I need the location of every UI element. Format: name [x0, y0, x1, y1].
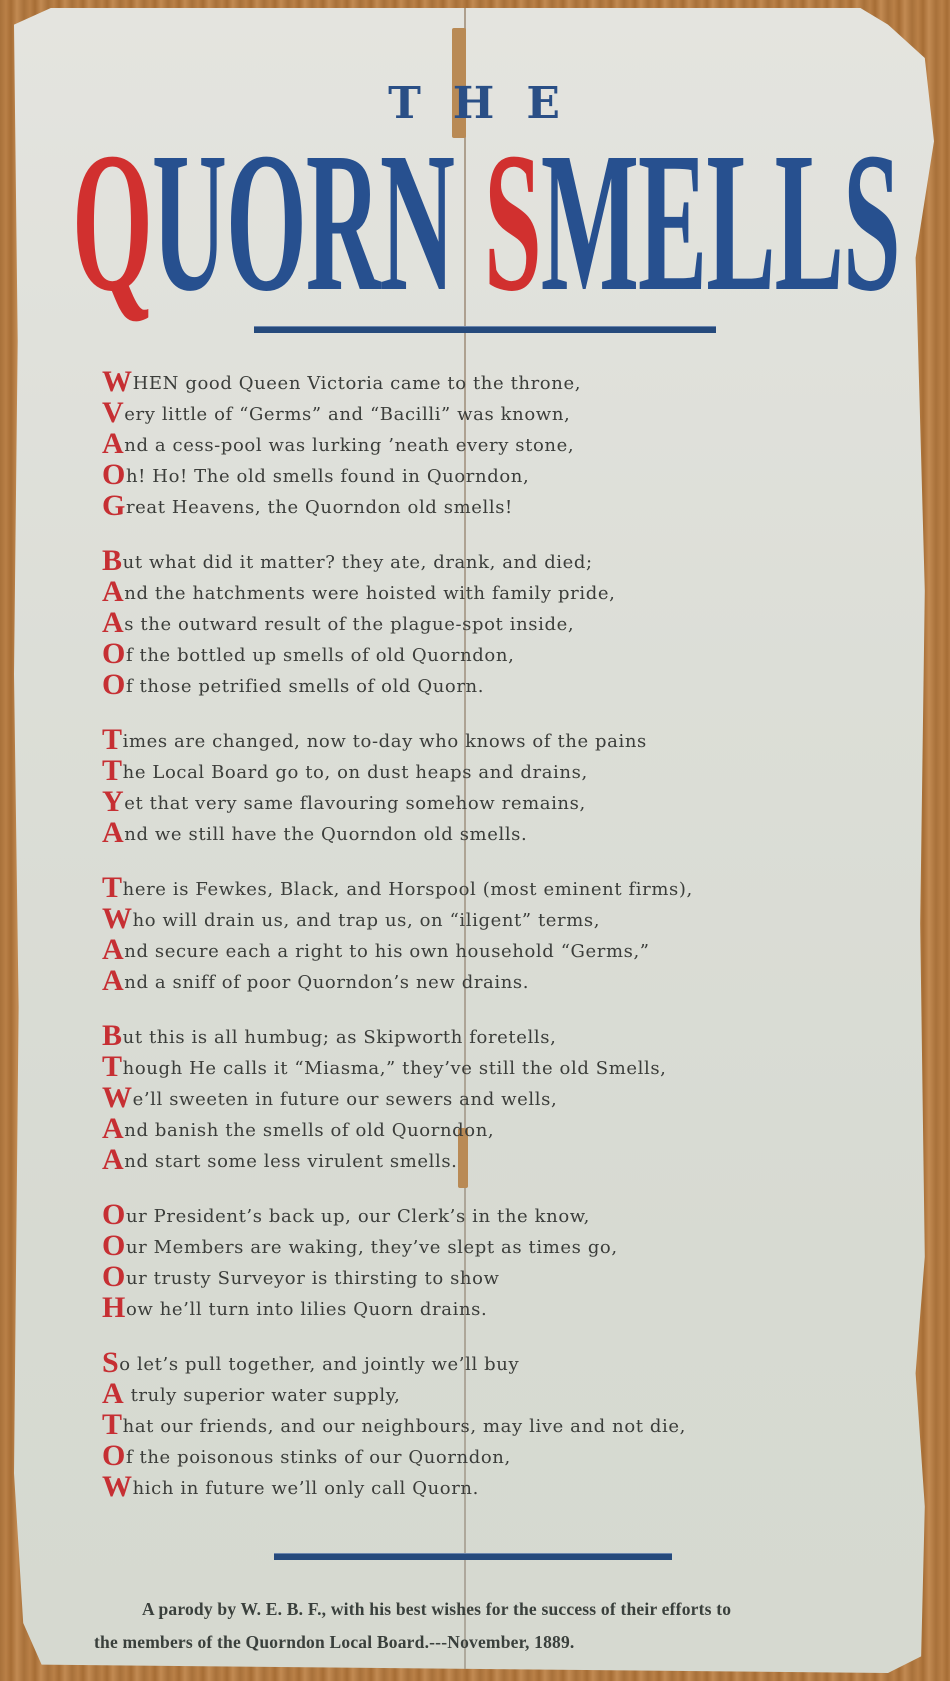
- title-rest-mells: MELLS: [541, 112, 900, 333]
- poem-line: Though He calls it “Miasma,” they’ve sti…: [102, 1051, 912, 1082]
- poem-line: And we still have the Quorndon old smell…: [102, 817, 912, 848]
- line-text: hat our friends, and our neighbours, may…: [123, 1416, 686, 1437]
- poem-line: How he’ll turn into lilies Quorn drains.: [102, 1292, 912, 1323]
- stanza: There is Fewkes, Black, and Horspool (mo…: [102, 872, 912, 996]
- line-text: nd the hatchments were hoisted with fami…: [124, 583, 615, 604]
- acrostic-initial: O: [102, 1199, 126, 1230]
- line-text: nd banish the smells of old Quorndon,: [124, 1120, 494, 1141]
- poem-line: Our trusty Surveyor is thirsting to show: [102, 1261, 912, 1292]
- poem-line: We’ll sweeten in future our sewers and w…: [102, 1082, 912, 1113]
- poem-line: There is Fewkes, Black, and Horspool (mo…: [102, 872, 912, 903]
- line-text: et that very same flavouring somehow rem…: [124, 793, 586, 814]
- stanza: So let’s pull together, and jointly we’l…: [102, 1347, 912, 1502]
- line-text: he Local Board go to, on dust heaps and …: [123, 762, 588, 783]
- poster-sheet: THE QUORN SMELLS WHEN good Queen Victori…: [14, 8, 934, 1673]
- line-text: imes are changed, now to-day who knows o…: [123, 731, 647, 752]
- line-text: ur Members are waking, they’ve slept as …: [126, 1237, 618, 1258]
- acrostic-initial: A: [102, 1378, 124, 1409]
- line-text: f the bottled up smells of old Quorndon,: [126, 645, 514, 666]
- poem-line: Of the bottled up smells of old Quorndon…: [102, 638, 912, 669]
- poem-line: Who will drain us, and trap us, on “ilig…: [102, 903, 912, 934]
- poem-line: But what did it matter? they ate, drank,…: [102, 545, 912, 576]
- acrostic-initial: T: [102, 1409, 123, 1440]
- poem-line: The Local Board go to, on dust heaps and…: [102, 755, 912, 786]
- poem-line: WHEN good Queen Victoria came to the thr…: [102, 366, 912, 397]
- acrostic-initial: T: [102, 1051, 123, 1082]
- acrostic-initial: O: [102, 669, 126, 700]
- footer-divider-rule: [274, 1553, 672, 1560]
- line-text: ow he’ll turn into lilies Quorn drains.: [126, 1299, 487, 1320]
- poem-line: Yet that very same flavouring somehow re…: [102, 786, 912, 817]
- poem-line: Of the poisonous stinks of our Quorndon,: [102, 1440, 912, 1471]
- line-text: e’ll sweeten in future our sewers and we…: [133, 1089, 558, 1110]
- poem-line: And secure each a right to his own house…: [102, 934, 912, 965]
- poem-line: Our Members are waking, they’ve slept as…: [102, 1230, 912, 1261]
- line-text: nd a cess-pool was lurking ’neath every …: [124, 435, 574, 456]
- line-text: o let’s pull together, and jointly we’ll…: [119, 1354, 519, 1375]
- line-text: ho will drain us, and trap us, on “ilige…: [133, 910, 600, 931]
- acrostic-initial: S: [102, 1347, 119, 1378]
- title-rest-uorn: UORN: [152, 112, 454, 333]
- acrostic-initial: O: [102, 1261, 126, 1292]
- stanza: But what did it matter? they ate, drank,…: [102, 545, 912, 700]
- poem-line: Oh! Ho! The old smells found in Quorndon…: [102, 459, 912, 490]
- title-divider-rule: [254, 326, 716, 333]
- acrostic-initial: B: [102, 545, 123, 576]
- line-text: reat Heavens, the Quorndon old smells!: [126, 497, 513, 518]
- line-text: here is Fewkes, Black, and Horspool (mos…: [123, 879, 693, 900]
- line-text: hough He calls it “Miasma,” they’ve stil…: [123, 1058, 667, 1079]
- line-text: ur trusty Surveyor is thirsting to show: [126, 1268, 500, 1289]
- line-text: nd start some less virulent smells.: [124, 1151, 457, 1172]
- title-initial-q: Q: [72, 112, 152, 333]
- poem-line: So let’s pull together, and jointly we’l…: [102, 1347, 912, 1378]
- acrostic-initial: O: [102, 1440, 126, 1471]
- poem-line: And a cess-pool was lurking ’neath every…: [102, 428, 912, 459]
- line-text: ur President’s back up, our Clerk’s in t…: [126, 1206, 590, 1227]
- stanza: But this is all humbug; as Skipworth for…: [102, 1020, 912, 1175]
- poem-line: And banish the smells of old Quorndon,: [102, 1113, 912, 1144]
- acrostic-initial: W: [102, 1471, 133, 1502]
- poem-line: As the outward result of the plague-spot…: [102, 607, 912, 638]
- acrostic-initial: H: [102, 1292, 126, 1323]
- poem-line: A truly superior water supply,: [102, 1378, 912, 1409]
- title-initial-s: S: [484, 112, 541, 333]
- poem-line: Of those petrified smells of old Quorn.: [102, 669, 912, 700]
- line-text: nd a sniff of poor Quorndon’s new drains…: [124, 972, 529, 993]
- line-text: truly superior water supply,: [124, 1385, 400, 1406]
- acrostic-initial: W: [102, 366, 133, 397]
- title-word-smells: SMELLS: [484, 128, 900, 318]
- line-text: f those petrified smells of old Quorn.: [126, 676, 484, 697]
- acrostic-initial: O: [102, 459, 126, 490]
- line-text: nd we still have the Quorndon old smells…: [124, 824, 527, 845]
- acrostic-initial: B: [102, 1020, 123, 1051]
- footer-line-2: the members of the Quorndon Local Board.…: [94, 1626, 884, 1659]
- poem-body: WHEN good Queen Victoria came to the thr…: [102, 366, 912, 1526]
- acrostic-initial: G: [102, 490, 126, 521]
- acrostic-initial: A: [102, 1113, 124, 1144]
- footer-dedication: A parody by W. E. B. F., with his best w…: [94, 1593, 884, 1659]
- acrostic-initial: A: [102, 428, 124, 459]
- acrostic-initial: T: [102, 872, 123, 903]
- poem-line: And the hatchments were hoisted with fam…: [102, 576, 912, 607]
- acrostic-initial: A: [102, 965, 124, 996]
- title-word-quorn: QUORN: [72, 128, 454, 318]
- acrostic-initial: A: [102, 1144, 124, 1175]
- acrostic-initial: T: [102, 755, 123, 786]
- line-text: f the poisonous stinks of our Quorndon,: [126, 1447, 511, 1468]
- poem-line: Times are changed, now to-day who knows …: [102, 724, 912, 755]
- line-text: ery little of “Germs” and “Bacilli” was …: [124, 404, 570, 425]
- poster-title: QUORN SMELLS: [54, 128, 934, 318]
- stanza: WHEN good Queen Victoria came to the thr…: [102, 366, 912, 521]
- poem-line: And a sniff of poor Quorndon’s new drain…: [102, 965, 912, 996]
- acrostic-initial: A: [102, 576, 124, 607]
- poem-line: That our friends, and our neighbours, ma…: [102, 1409, 912, 1440]
- acrostic-initial: A: [102, 817, 124, 848]
- acrostic-initial: O: [102, 638, 126, 669]
- poem-line: Our President’s back up, our Clerk’s in …: [102, 1199, 912, 1230]
- poem-line: Which in future we’ll only call Quorn.: [102, 1471, 912, 1502]
- line-text: hich in future we’ll only call Quorn.: [133, 1478, 479, 1499]
- acrostic-initial: V: [102, 397, 124, 428]
- line-text: s the outward result of the plague-spot …: [124, 614, 574, 635]
- acrostic-initial: A: [102, 607, 124, 638]
- poem-line: And start some less virulent smells.: [102, 1144, 912, 1175]
- acrostic-initial: W: [102, 1082, 133, 1113]
- poem-line: Very little of “Germs” and “Bacilli” was…: [102, 397, 912, 428]
- poem-line: But this is all humbug; as Skipworth for…: [102, 1020, 912, 1051]
- stanza: Times are changed, now to-day who knows …: [102, 724, 912, 848]
- line-text: ut what did it matter? they ate, drank, …: [123, 552, 593, 573]
- footer-line-1: A parody by W. E. B. F., with his best w…: [94, 1593, 884, 1626]
- acrostic-initial: Y: [102, 786, 124, 817]
- acrostic-initial: W: [102, 903, 133, 934]
- acrostic-initial: T: [102, 724, 123, 755]
- line-text: HEN good Queen Victoria came to the thro…: [133, 373, 581, 394]
- stanza: Our President’s back up, our Clerk’s in …: [102, 1199, 912, 1323]
- acrostic-initial: A: [102, 934, 124, 965]
- line-text: h! Ho! The old smells found in Quorndon,: [126, 466, 529, 487]
- line-text: nd secure each a right to his own househ…: [124, 941, 649, 962]
- acrostic-initial: O: [102, 1230, 126, 1261]
- line-text: ut this is all humbug; as Skipworth fore…: [123, 1027, 557, 1048]
- poem-line: Great Heavens, the Quorndon old smells!: [102, 490, 912, 521]
